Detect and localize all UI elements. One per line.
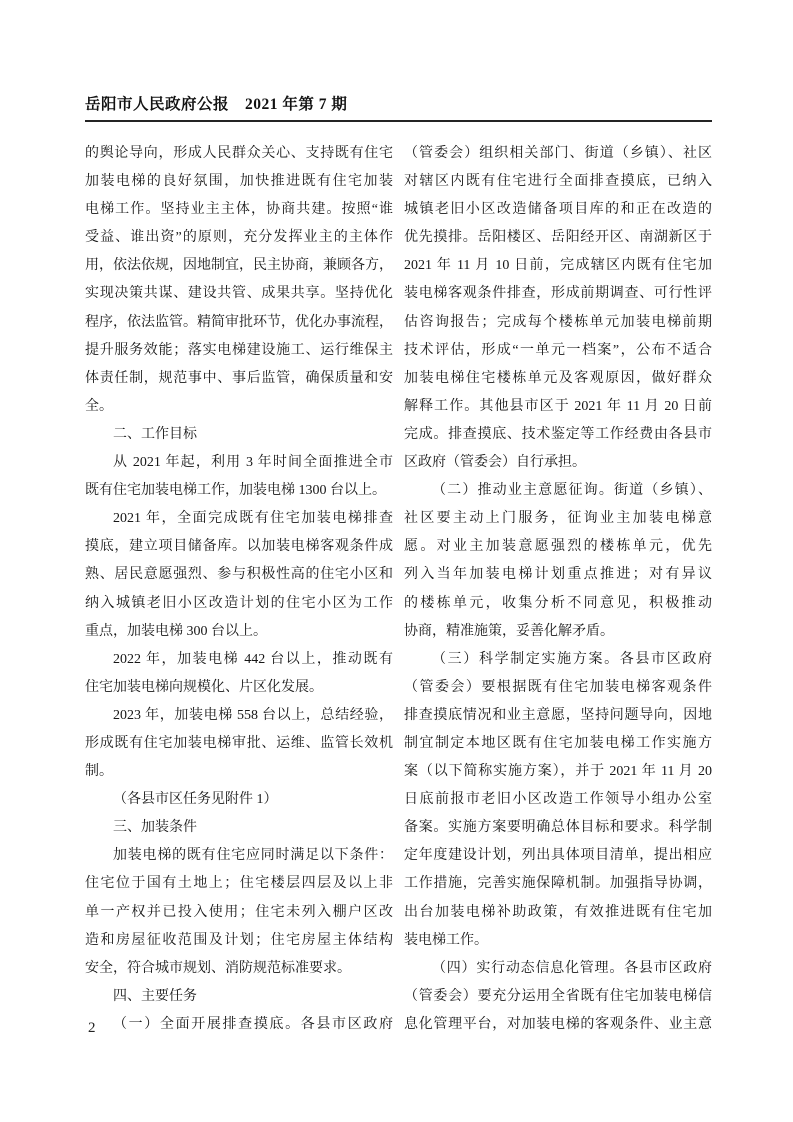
right-column: （管委会）组织相关部门、街道（乡镇）、社区对辖区内既有住宅进行全面排查摸底，已纳… <box>404 140 712 1039</box>
text-line: 优先摸排。岳阳楼区、岳阳经开区、南湖新区于 <box>404 224 712 252</box>
text-line: 列入当年加装电梯计划重点推进；对有异议 <box>404 561 712 589</box>
text-line: （管委会）要充分运用全省既有住宅加装电梯信 <box>404 983 712 1011</box>
text-line: 备案。实施方案要明确总体目标和要求。科学制 <box>404 814 712 842</box>
bulletin-title: 岳阳市人民政府公报 2021 年第 7 期 <box>85 96 712 114</box>
text-line: 制。 <box>85 758 393 786</box>
text-line: 2021 年 11 月 10 日前，完成辖区内既有住宅加 <box>404 252 712 280</box>
text-line: 形成既有住宅加装电梯审批、运维、监管长效机 <box>85 730 393 758</box>
text-line: 协商，精准施策，妥善化解矛盾。 <box>404 618 712 646</box>
text-line: 重点，加装电梯 300 台以上。 <box>85 618 393 646</box>
page-header: 岳阳市人民政府公报 2021 年第 7 期 <box>85 96 712 114</box>
text-line: 2022 年，加装电梯 442 台以上，推动既有 <box>85 646 393 674</box>
text-line: 完成。排查摸底、技术鉴定等工作经费由各县市 <box>404 421 712 449</box>
text-line: 受益、谁出资”的原则，充分发挥业主的主体作 <box>85 224 393 252</box>
text-line: 定年度建设计划，列出具体项目清单，提出相应 <box>404 842 712 870</box>
text-line: 装电梯工作。 <box>404 927 712 955</box>
text-line: 二、工作目标 <box>85 421 393 449</box>
text-line: （四）实行动态信息化管理。各县市区政府 <box>404 955 712 983</box>
text-line: 装电梯客观条件排查，形成前期调查、可行性评 <box>404 280 712 308</box>
text-line: 愿。对业主加装意愿强烈的楼栋单元，优先 <box>404 533 712 561</box>
text-line: 造和房屋征收范围及计划；住宅房屋主体结构 <box>85 927 393 955</box>
text-line: 日底前报市老旧小区改造工作领导小组办公室 <box>404 786 712 814</box>
text-line: 的楼栋单元，收集分析不同意见，积极推动 <box>404 590 712 618</box>
text-line: （各县市区任务见附件 1） <box>85 786 393 814</box>
text-line: 的舆论导向，形成人民群众关心、支持既有住宅 <box>85 140 393 168</box>
text-line: 安全，符合城市规划、消防规范标准要求。 <box>85 955 393 983</box>
text-line: 区政府（管委会）自行承担。 <box>404 449 712 477</box>
text-line: 提升服务效能；落实电梯建设施工、运行维保主 <box>85 337 393 365</box>
text-line: （三）科学制定实施方案。各县市区政府 <box>404 646 712 674</box>
text-line: 熟、居民意愿强烈、参与积极性高的住宅小区和 <box>85 561 393 589</box>
text-line: 2023 年，加装电梯 558 台以上，总结经验， <box>85 702 393 730</box>
page-number: 2 <box>88 1018 96 1038</box>
text-columns: 的舆论导向，形成人民群众关心、支持既有住宅加装电梯的良好氛围，加快推进既有住宅加… <box>85 140 712 1039</box>
text-line: 摸底，建立项目储备库。以加装电梯客观条件成 <box>85 533 393 561</box>
text-line: 解释工作。其他县市区于 2021 年 11 月 20 日前 <box>404 393 712 421</box>
text-line: （二）推动业主意愿征询。街道（乡镇）、 <box>404 477 712 505</box>
text-line: 住宅加装电梯向规模化、片区化发展。 <box>85 674 393 702</box>
text-line: （一）全面开展排查摸底。各县市区政府 <box>85 1011 393 1039</box>
text-line: 加装电梯的良好氛围，加快推进既有住宅加装 <box>85 168 393 196</box>
header-rule <box>85 120 712 122</box>
text-line: 实现决策共谋、建设共管、成果共享。坚持优化 <box>85 280 393 308</box>
text-line: 制宜制定本地区既有住宅加装电梯工作实施方 <box>404 730 712 758</box>
text-line: 电梯工作。坚持业主主体，协商共建。按照“谁 <box>85 196 393 224</box>
text-line: 从 2021 年起，利用 3 年时间全面推进全市 <box>85 449 393 477</box>
text-line: 案（以下简称实施方案），并于 2021 年 11 月 20 <box>404 758 712 786</box>
text-line: 估咨询报告；完成每个楼栋单元加装电梯前期 <box>404 309 712 337</box>
left-column: 的舆论导向，形成人民群众关心、支持既有住宅加装电梯的良好氛围，加快推进既有住宅加… <box>85 140 393 1039</box>
text-line: 三、加装条件 <box>85 814 393 842</box>
text-line: 对辖区内既有住宅进行全面排查摸底，已纳入 <box>404 168 712 196</box>
text-line: 技术评估，形成“一单元一档案”，公布不适合 <box>404 337 712 365</box>
text-line: 全。 <box>85 393 393 421</box>
text-line: 住宅位于国有土地上；住宅楼层四层及以上非 <box>85 870 393 898</box>
text-line: 城镇老旧小区改造储备项目库的和正在改造的 <box>404 196 712 224</box>
text-line: 四、主要任务 <box>85 983 393 1011</box>
document-page: 岳阳市人民政府公报 2021 年第 7 期 的舆论导向，形成人民群众关心、支持既… <box>0 0 793 1122</box>
text-line: 程序，依法监管。精简审批环节，优化办事流程， <box>85 309 393 337</box>
text-line: 工作措施，完善实施保障机制。加强指导协调， <box>404 870 712 898</box>
text-line: （管委会）组织相关部门、街道（乡镇）、社区 <box>404 140 712 168</box>
text-line: 纳入城镇老旧小区改造计划的住宅小区为工作 <box>85 590 393 618</box>
text-line: （管委会）要根据既有住宅加装电梯客观条件 <box>404 674 712 702</box>
text-line: 息化管理平台，对加装电梯的客观条件、业主意愿、 <box>404 1011 712 1039</box>
text-line: 出台加装电梯补助政策，有效推进既有住宅加 <box>404 899 712 927</box>
text-line: 既有住宅加装电梯工作，加装电梯 1300 台以上。 <box>85 477 393 505</box>
text-line: 2021 年，全面完成既有住宅加装电梯排查 <box>85 505 393 533</box>
text-line: 单一产权并已投入使用；住宅未列入棚户区改 <box>85 899 393 927</box>
text-line: 社区要主动上门服务，征询业主加装电梯意 <box>404 505 712 533</box>
text-line: 加装电梯住宅楼栋单元及客观原因，做好群众 <box>404 365 712 393</box>
text-line: 体责任制，规范事中、事后监管，确保质量和安 <box>85 365 393 393</box>
text-line: 排查摸底情况和业主意愿，坚持问题导向，因地 <box>404 702 712 730</box>
text-line: 用，依法依规，因地制宜，民主协商，兼顾各方， <box>85 252 393 280</box>
text-line: 加装电梯的既有住宅应同时满足以下条件： <box>85 842 393 870</box>
